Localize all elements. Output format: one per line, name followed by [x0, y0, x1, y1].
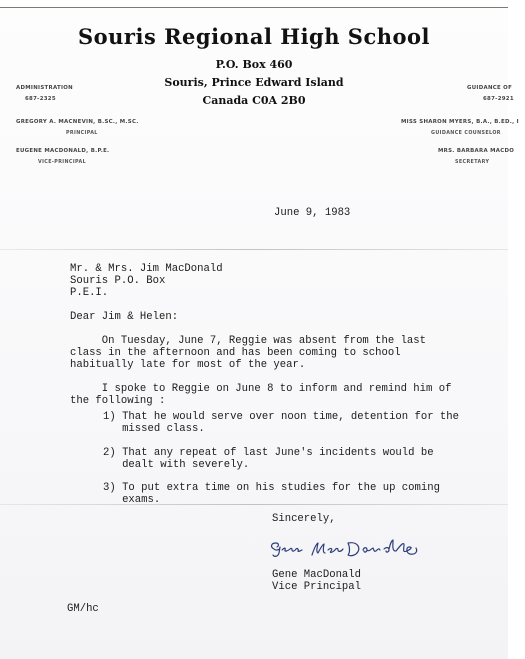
- paragraph-line: class in the afternoon and has been comi…: [70, 347, 401, 359]
- school-country-postal: Canada C0A 2B0: [0, 94, 508, 107]
- list-item-line: dealt with severely.: [103, 459, 249, 471]
- paper-fold-line: [0, 504, 508, 505]
- signer-title: Vice Principal: [272, 581, 361, 593]
- secretary-name: MRS. BARBARA MacDO: [438, 148, 514, 154]
- vice-principal-name: EUGENE MacDONALD, B.P.E.: [16, 148, 109, 154]
- secretary-title: SECRETARY: [455, 160, 489, 165]
- list-item-line: 1) That he would serve over noon time, d…: [103, 411, 459, 423]
- school-name-heading: Souris Regional High School: [0, 24, 508, 49]
- recipient-line-1: Mr. & Mrs. Jim MacDonald: [70, 263, 223, 275]
- school-po-box: P.O. Box 460: [0, 58, 508, 71]
- school-city: Souris, Prince Edward Island: [0, 76, 508, 89]
- paragraph-line: the following :: [70, 395, 165, 407]
- vice-principal-title: VICE-PRINCIPAL: [38, 160, 86, 165]
- closing: Sincerely,: [272, 513, 336, 525]
- paper-fold-line: [0, 249, 508, 250]
- principal-name: GREGORY A. MacNEVIN, B.Sc., M.Sc.: [16, 119, 139, 125]
- administration-phone: 687-2325: [25, 96, 56, 102]
- guidance-counselor-title: GUIDANCE COUNSELOR: [431, 131, 501, 136]
- principal-title: PRINCIPAL: [66, 131, 98, 136]
- guidance-office-label: GUIDANCE OF: [467, 85, 512, 91]
- list-item-line: missed class.: [103, 423, 205, 435]
- guidance-counselor-name: MISS SHARON MYERS, B.A., B.Ed., I: [401, 119, 519, 125]
- recipient-line-3: P.E.I.: [70, 287, 108, 299]
- list-item-line: 2) That any repeat of last June's incide…: [103, 447, 434, 459]
- administration-label: ADMINISTRATION: [16, 85, 73, 91]
- paragraph-line: habitually late for most of the year.: [70, 359, 305, 371]
- list-item-line: exams.: [103, 494, 160, 506]
- list-item-line: 3) To put extra time on his studies for …: [103, 482, 440, 494]
- recipient-line-2: Souris P.O. Box: [70, 275, 165, 287]
- reference-initials: GM/hc: [67, 603, 99, 615]
- salutation: Dear Jim & Helen:: [70, 311, 178, 323]
- letter-date: June 9, 1983: [274, 207, 350, 219]
- guidance-phone: 687-2921: [483, 96, 514, 102]
- signer-name: Gene MacDonald: [272, 569, 361, 581]
- paragraph-line: On Tuesday, June 7, Reggie was absent fr…: [70, 335, 426, 347]
- handwritten-signature-icon: [268, 535, 448, 565]
- paragraph-line: I spoke to Reggie on June 8 to inform an…: [70, 383, 451, 395]
